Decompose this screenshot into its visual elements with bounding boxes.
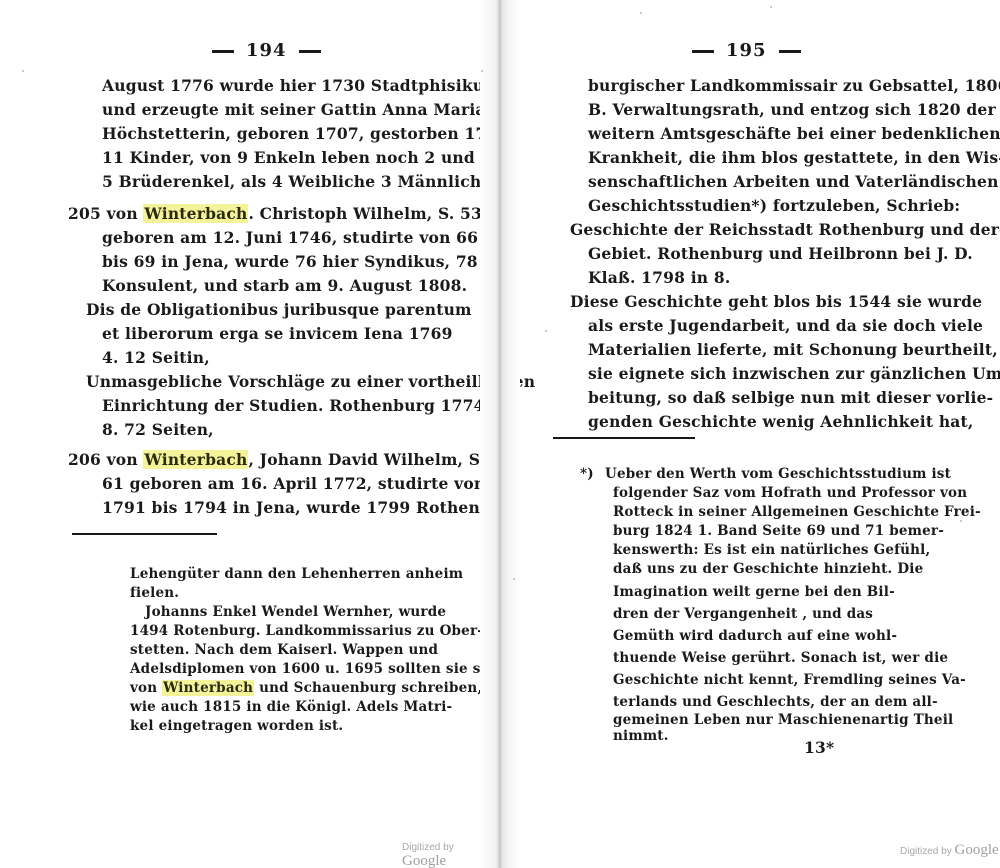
footnote-line: kenswerth: Es ist ein natürliches Gefühl…: [613, 542, 930, 558]
book-spread: 194 August 1776 wurde hier 1730 Stadtphi…: [0, 0, 1000, 868]
text-line: senschaftlichen Arbeiten und Vaterländis…: [588, 172, 999, 191]
page-number-right: 195: [680, 40, 813, 61]
text-line: Konsulent, und starb am 9. August 1808.: [102, 276, 467, 295]
work-title-line: Geschichte der Reichsstadt Rothenburg un…: [570, 220, 1000, 239]
footnote-line: Adelsdiplomen von 1600 u. 1695 sollten s…: [130, 661, 504, 677]
left-page: 194 August 1776 wurde hier 1730 Stadtphi…: [0, 0, 500, 868]
google-logo-text: Google: [954, 842, 998, 858]
entry-205-heading: 205 von Winterbach. Christoph Wilhelm, S…: [68, 204, 482, 223]
work-title-line: Unmasgebliche Vorschläge zu einer vorthe…: [86, 372, 535, 391]
footnote-highlight-line: von Winterbach und Schauenburg schreiben…: [130, 680, 482, 696]
footnote-line: daß uns zu der Geschichte hinzieht. Die: [613, 561, 923, 577]
text-line: geboren am 12. Juni 1746, studirte von 6…: [102, 228, 478, 247]
footnote-marker: *): [580, 466, 594, 482]
footnote-line: Johanns Enkel Wendel Wernher, wurde: [145, 604, 446, 620]
footnote-line: Gemüth wird dadurch auf eine wohl-: [613, 628, 897, 644]
footnote-separator: [72, 533, 217, 535]
dash-decoration: [212, 50, 234, 53]
footnote-line: 1494 Rotenburg. Landkommissarius zu Ober…: [130, 623, 483, 639]
work-title-line: 8. 72 Seiten,: [102, 420, 214, 439]
work-title-line: et liberorum erga se invicem Iena 1769: [102, 324, 453, 343]
work-title-line: 4. 12 Seitin,: [102, 348, 210, 367]
commentary-line: sie eignete sich inzwischen zur gänzlich…: [588, 364, 1000, 383]
scan-speck: [22, 70, 24, 72]
dash-decoration: [779, 50, 801, 53]
scan-speck: [770, 6, 772, 8]
footnote-line: Ueber den Werth vom Geschichtsstudium is…: [605, 466, 951, 482]
commentary-line: Diese Geschichte geht blos bis 1544 sie …: [570, 292, 982, 311]
text-line: Höchstetterin, geboren 1707, gestorben 1…: [102, 124, 514, 143]
entry-206-heading: 206 von Winterbach, Johann David Wilhelm…: [68, 450, 485, 469]
commentary-line: genden Geschichte wenig Aehnlichkeit hat…: [588, 412, 974, 431]
scan-speck: [640, 12, 642, 14]
text-line: August 1776 wurde hier 1730 Stadtphisiku…: [102, 76, 493, 95]
search-highlight: Winterbach: [162, 680, 254, 696]
dash-decoration: [692, 50, 714, 53]
text-line: B. Verwaltungsrath, und entzog sich 1820…: [588, 100, 996, 119]
text-line: burgischer Landkommissair zu Gebsattel, …: [588, 76, 1000, 95]
footnote-line: Imagination weilt gerne bei den Bil-: [613, 584, 895, 600]
search-highlight: Winterbach: [143, 204, 248, 223]
work-title-line: Einrichtung der Studien. Rothenburg 1774: [102, 396, 485, 415]
text-line: und erzeugte mit seiner Gattin Anna Mari…: [102, 100, 486, 119]
text-line: Krankheit, die ihm blos gestattete, in d…: [588, 148, 1000, 167]
footnote-line: thuende Weise gerührt. Sonach ist, wer d…: [613, 650, 948, 666]
scan-speck: [545, 330, 547, 332]
text-line: weitern Amtsgeschäfte bei einer bedenkli…: [588, 124, 1000, 143]
footnote-line: burg 1824 1. Band Seite 69 und 71 bemer-: [613, 523, 944, 539]
footnote-line: terlands und Geschlechts, der an dem all…: [613, 694, 938, 710]
footnote-line: nimmt.: [613, 728, 669, 744]
scan-speck: [481, 70, 483, 72]
commentary-line: als erste Jugendarbeit, und da sie doch …: [588, 316, 983, 335]
work-title-line: Klaß. 1798 in 8.: [588, 268, 730, 287]
entry-number: 205: [68, 204, 101, 223]
footnote-line: dren der Vergangenheit , und das: [613, 606, 873, 622]
entry-number: 206: [68, 450, 101, 469]
scan-speck: [960, 520, 962, 522]
footnote-line: wie auch 1815 in die Königl. Adels Matri…: [130, 699, 452, 715]
digitized-watermark: Digitized by Google: [900, 842, 999, 859]
footnote-line: fielen.: [130, 585, 179, 601]
footnote-line: Lehengüter dann den Lehenherren anheim: [130, 566, 463, 582]
scan-speck: [513, 578, 515, 580]
footnote-line: gemeinen Leben nur Maschienenartig Theil: [613, 712, 953, 728]
page-number-left: 194: [200, 40, 333, 61]
footnote-line: folgender Saz vom Hofrath und Professor …: [613, 485, 967, 501]
text-line: Geschichtsstudien*) fortzuleben, Schrieb…: [588, 196, 960, 215]
search-highlight: Winterbach: [143, 450, 248, 469]
footnote-line: kel eingetragen worden ist.: [130, 718, 343, 734]
google-logo-text: Google: [402, 853, 446, 868]
signature-mark: 13*: [804, 738, 834, 757]
text-line: 11 Kinder, von 9 Enkeln leben noch 2 und: [102, 148, 475, 167]
work-title-line: Dis de Obligationibus juribusque parentu…: [86, 300, 472, 319]
text-line: 61 geboren am 16. April 1772, studirte v…: [102, 474, 485, 493]
text-line: 1791 bis 1794 in Jena, wurde 1799 Rothen…: [102, 498, 487, 517]
footnote-line: Rotteck in seiner Allgemeinen Geschichte…: [613, 504, 981, 520]
commentary-line: Materialien lieferte, mit Schonung beurt…: [588, 340, 998, 359]
work-title-line: Gebiet. Rothenburg und Heilbronn bei J. …: [588, 244, 973, 263]
footnote-separator: [553, 437, 695, 439]
text-line: 5 Brüderenkel, als 4 Weibliche 3 Männlic…: [102, 172, 497, 191]
right-page: 195 burgischer Landkommissair zu Gebsatt…: [508, 0, 1000, 868]
commentary-line: beitung, so daß selbige nun mit dieser v…: [588, 388, 993, 407]
footnote-line: Geschichte nicht kennt, Fremdling seines…: [613, 672, 966, 688]
dash-decoration: [299, 50, 321, 53]
footnote-line: stetten. Nach dem Kaiserl. Wappen und: [130, 642, 438, 658]
text-line: bis 69 in Jena, wurde 76 hier Syndikus, …: [102, 252, 478, 271]
